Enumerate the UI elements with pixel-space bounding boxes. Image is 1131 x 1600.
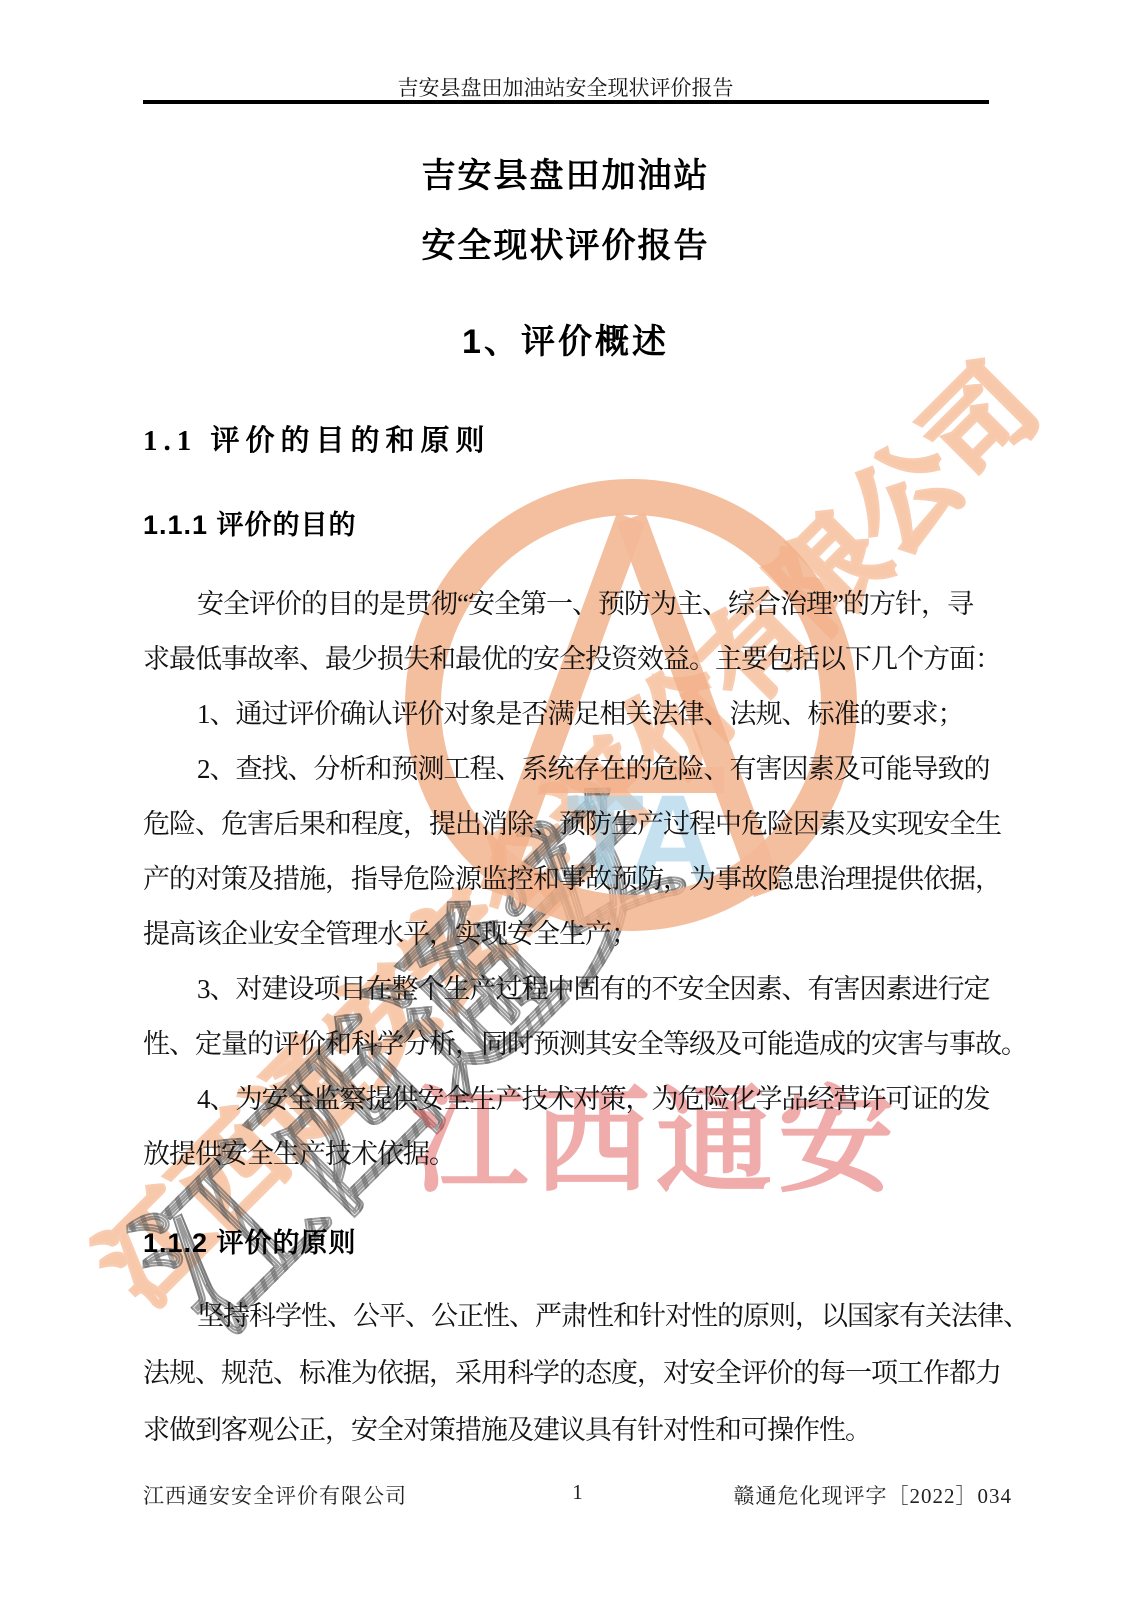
body-line: 安全评价的目的是贯彻“安全第一、预防为主、综合治理”的方针，寻 bbox=[143, 577, 1003, 632]
body-line: 法规、规范、标准为依据，采用科学的态度，对安全评价的每一项工作都力 bbox=[143, 1345, 1003, 1402]
page-header-title: 吉安县盘田加油站安全现状评价报告 bbox=[0, 72, 1131, 102]
section-1-1-1-body: 安全评价的目的是贯彻“安全第一、预防为主、综合治理”的方针，寻 求最低事故率、最… bbox=[143, 577, 1003, 1182]
report-title-line2: 安全现状评价报告 bbox=[0, 218, 1131, 267]
body-line: 产的对策及措施，指导危险源监控和事故预防，为事故隐患治理提供依据， bbox=[143, 852, 1003, 907]
section-heading-1-1: 1.1 评价的目的和原则 bbox=[143, 418, 491, 459]
body-line: 提高该企业安全管理水平，实现安全生产； bbox=[143, 907, 1003, 962]
body-line: 1、通过评价确认评价对象是否满足相关法律、法规、标准的要求； bbox=[143, 687, 1003, 742]
body-line: 危险、危害后果和程度，提出消除、预防生产过程中危险因素及实现安全生 bbox=[143, 797, 1003, 852]
section-heading-1-1-2: 1.1.2 评价的原则 bbox=[143, 1221, 357, 1260]
footer-company-name: 江西通安安全评价有限公司 bbox=[143, 1480, 407, 1510]
document-content: 吉安县盘田加油站安全现状评价报告 吉安县盘田加油站 安全现状评价报告 1、评价概… bbox=[0, 0, 1131, 1600]
header-rule bbox=[143, 100, 989, 104]
body-line: 3、对建设项目在整个生产过程中固有的不安全因素、有害因素进行定 bbox=[143, 962, 1003, 1017]
chapter-heading: 1、评价概述 bbox=[0, 314, 1131, 363]
footer-report-number: 赣通危化现评字［2022］034 bbox=[734, 1480, 1013, 1510]
document-page: 江西通安安全评价有限公司 江西通安 TA 江西通安 吉安县盘田加油站安全现状评价… bbox=[0, 0, 1131, 1600]
body-line: 放提供安全生产技术依据。 bbox=[143, 1127, 1003, 1182]
section-1-1-2-body: 坚持科学性、公平、公正性、严肃性和针对性的原则，以国家有关法律、 法规、规范、标… bbox=[143, 1288, 1003, 1459]
body-line: 2、查找、分析和预测工程、系统存在的危险、有害因素及可能导致的 bbox=[143, 742, 1003, 797]
body-line: 求最低事故率、最少损失和最优的安全投资效益。主要包括以下几个方面： bbox=[143, 632, 1003, 687]
body-line: 4、为安全监察提供安全生产技术对策，为危险化学品经营许可证的发 bbox=[143, 1072, 1003, 1127]
body-line: 性、定量的评价和科学分析，同时预测其安全等级及可能造成的灾害与事故。 bbox=[143, 1017, 1003, 1072]
body-line: 坚持科学性、公平、公正性、严肃性和针对性的原则，以国家有关法律、 bbox=[143, 1288, 1003, 1345]
report-title-line1: 吉安县盘田加油站 bbox=[0, 148, 1131, 197]
section-heading-1-1-1: 1.1.1 评价的目的 bbox=[143, 503, 357, 542]
page-footer: 1 江西通安安全评价有限公司 赣通危化现评字［2022］034 bbox=[143, 1480, 1012, 1510]
body-line: 求做到客观公正，安全对策措施及建议具有针对性和可操作性。 bbox=[143, 1402, 1003, 1459]
